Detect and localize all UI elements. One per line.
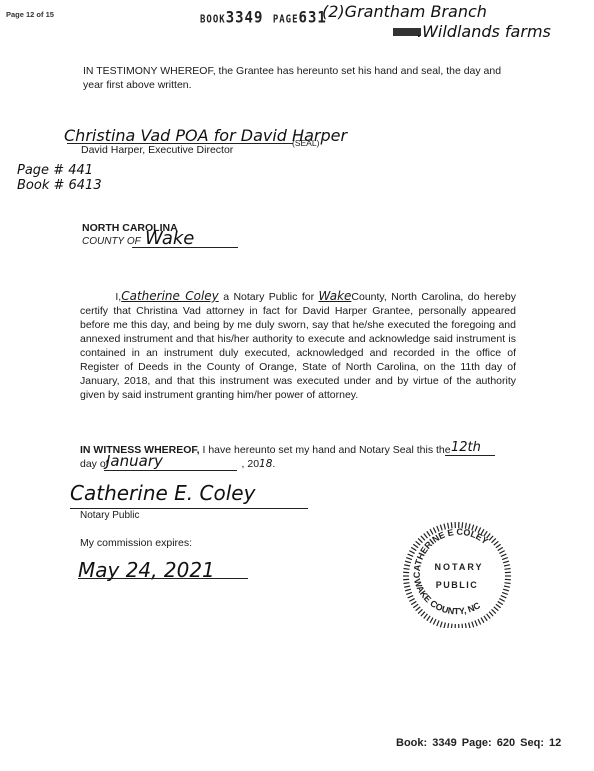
handwritten-note-line2: .Wildlands farms xyxy=(417,22,551,41)
signer-name-title: David Harper, Executive Director xyxy=(81,144,233,156)
ack-segment1: a Notary Public for xyxy=(223,291,314,303)
county-handwritten: Wake xyxy=(145,228,194,249)
notary-name-handwritten: Catherine Coley xyxy=(121,289,219,303)
book-page-stamp: BOOK3349 PAGE631 xyxy=(200,9,327,27)
recording-footer: Book: 3349 Page: 620 Seq: 12 xyxy=(396,737,561,749)
seal-label: (SEAL) xyxy=(292,138,319,148)
margin-note-book: Book # 6413 xyxy=(17,178,102,193)
notary-signature-line xyxy=(70,508,308,509)
year-handwritten: 18 xyxy=(259,458,272,470)
county-label: COUNTY OF xyxy=(82,236,141,247)
acknowledgment-paragraph: I,Catherine Coley a Notary Public for Wa… xyxy=(80,289,516,402)
year-suffix: . xyxy=(272,458,275,470)
county-line xyxy=(132,247,238,248)
ack-county-handwritten: Wake xyxy=(319,289,352,303)
seal-center-line2: PUBLIC xyxy=(436,580,479,590)
margin-notes: Page # 441 Book # 6413 xyxy=(17,163,102,193)
day-of-label: day of xyxy=(80,458,109,470)
commission-line xyxy=(78,578,248,579)
witness-text: I have hereunto set my hand and Notary S… xyxy=(200,444,451,456)
margin-note-page: Page # 441 xyxy=(17,163,102,178)
testimony-clause: IN TESTIMONY WHEREOF, the Grantee has he… xyxy=(83,65,513,93)
day-line xyxy=(445,455,495,456)
ack-segment2: County, North Carolina, do hereby certif… xyxy=(80,291,516,401)
notary-title: Notary Public xyxy=(80,510,139,521)
day-handwritten: 12th xyxy=(451,440,481,455)
handwritten-note-line1: (2)Grantham Branch xyxy=(322,2,487,21)
year-prefix: , 20 xyxy=(242,458,260,470)
month-handwritten: January xyxy=(106,452,163,470)
page-count: Page 12 of 15 xyxy=(6,10,54,19)
seal-center-line1: NOTARY xyxy=(435,562,484,572)
month-line xyxy=(104,470,237,471)
page-label: PAGE xyxy=(273,15,299,26)
book-label: BOOK xyxy=(200,15,226,26)
notary-seal: CATHERINE E COLEY WAKE COUNTY, NC NOTARY… xyxy=(402,518,512,628)
notary-signature: Catherine E. Coley xyxy=(70,481,255,505)
book-number: 3349 xyxy=(226,9,264,27)
commission-label: My commission expires: xyxy=(80,537,192,549)
